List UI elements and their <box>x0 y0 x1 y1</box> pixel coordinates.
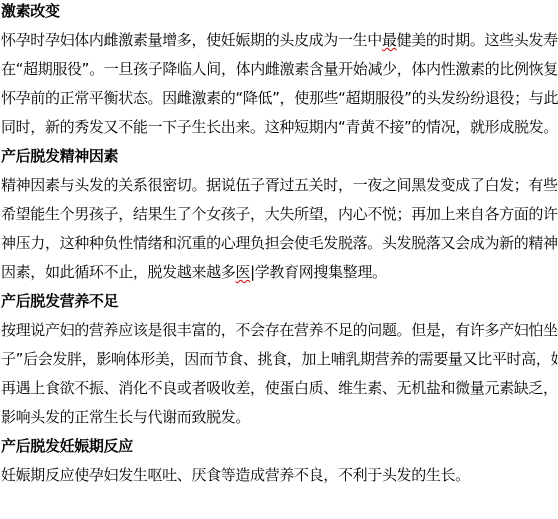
paragraph-line: 再遇上食欲不振、消化不良或者吸收差，使蛋白质、维生素、无机盐和微量元素缺乏，从而 <box>1 374 558 403</box>
paragraph-line: 影响头发的正常生长与代谢而致脱发。 <box>1 403 558 432</box>
paragraph-line: 怀孕时孕妇体内雌激素量增多，使妊娠期的头皮成为一生中最健美的时期。这些头发寿命长… <box>1 26 558 55</box>
section-heading: 产后脱发妊娠期反应 <box>1 432 558 461</box>
paragraph-line: 神压力，这种种负性情绪和沉重的心理负担会使毛发脱落。头发脱落又会成为新的精神刺激 <box>1 229 558 258</box>
paragraph-line: 怀孕前的正常平衡状态。因雌激素的“降低”，使那些“超期服役”的头发纷纷退役；与此 <box>1 84 558 113</box>
section-heading: 产后脱发营养不足 <box>1 287 558 316</box>
paragraph-line: 子”后会发胖，影响体形美，因而节食、挑食，加上哺乳期营养的需要量又比平时高，如果 <box>1 345 558 374</box>
section-heading: 激素改变 <box>1 0 558 26</box>
paragraph-line: 希望能生个男孩子，结果生了个女孩子，大失所望，内心不悦；再加上来自各方面的许多精 <box>1 200 558 229</box>
spellcheck-mark: 医 <box>235 263 250 281</box>
paragraph-line: 按理说产妇的营养应该是很丰富的，不会存在营养不足的问题。但是，有许多产妇怕坐了“… <box>1 316 558 345</box>
paragraph-line: 妊娠期反应使孕妇发生呕吐、厌食等造成营养不良，不利于头发的生长。 <box>1 461 558 490</box>
paragraph-line: 同时，新的秀发又不能一下子生长出来。这种短期内“青黄不接”的情况，就形成脱发。 <box>1 113 558 142</box>
paragraph-line: 在“超期服役”。一旦孩子降临人间，体内雌激素含量开始减少，体内性激素的比例恢复到 <box>1 55 558 84</box>
paragraph-line: 因素，如此循环不止，脱发越来越多医|学教育网搜集整理。 <box>1 258 558 287</box>
paragraph-line: 精神因素与头发的关系很密切。据说伍子胥过五关时，一夜之间黑发变成了白发；有些产妇 <box>1 171 558 200</box>
spellcheck-mark: 最 <box>382 31 397 49</box>
document-body: 激素改变 怀孕时孕妇体内雌激素量增多，使妊娠期的头皮成为一生中最健美的时期。这些… <box>0 0 558 490</box>
section-heading: 产后脱发精神因素 <box>1 142 558 171</box>
